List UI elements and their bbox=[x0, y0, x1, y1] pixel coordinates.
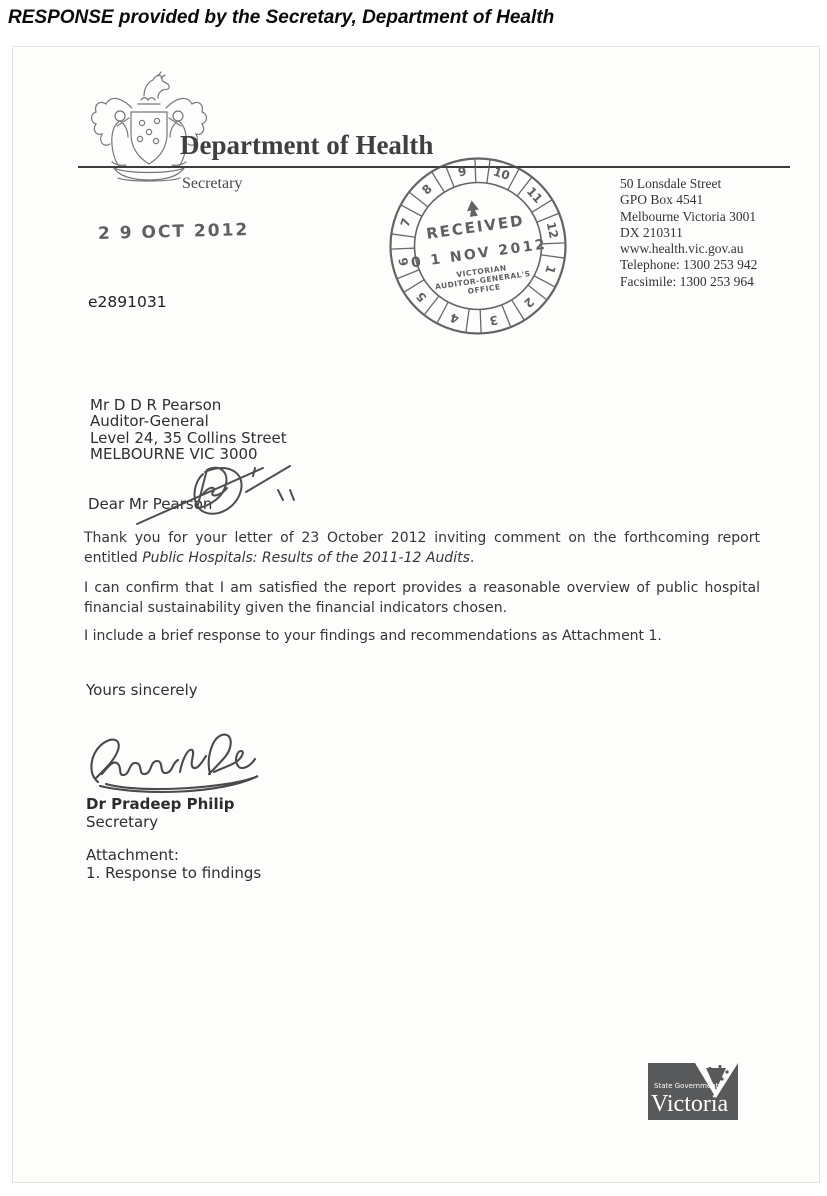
svg-text:5: 5 bbox=[414, 289, 430, 305]
svg-text:4: 4 bbox=[448, 310, 460, 326]
stamp-pointer-icon bbox=[466, 200, 480, 218]
logo-small-text: State Government bbox=[654, 1082, 719, 1090]
address-line: www.health.vic.gov.au bbox=[620, 241, 757, 257]
body-paragraph-2: I can confirm that I am satisfied the re… bbox=[84, 578, 760, 618]
letterhead-address-block: 50 Lonsdale Street GPO Box 4541 Melbourn… bbox=[620, 176, 757, 290]
svg-text:7: 7 bbox=[398, 216, 414, 228]
letterhead-role-title: Secretary bbox=[182, 175, 242, 193]
body-paragraph-3: I include a brief response to your findi… bbox=[84, 626, 760, 646]
recipient-line: Level 24, 35 Collins Street bbox=[90, 430, 287, 446]
svg-text:3: 3 bbox=[488, 313, 499, 328]
signatory-title: Secretary bbox=[86, 813, 158, 831]
address-line: 50 Lonsdale Street bbox=[620, 176, 757, 192]
handwritten-annotation bbox=[85, 458, 315, 533]
svg-text:1: 1 bbox=[542, 263, 558, 275]
stamp-received-label: RECEIVED bbox=[425, 211, 525, 243]
signature bbox=[82, 716, 282, 800]
svg-text:2: 2 bbox=[521, 295, 537, 311]
address-line: Melbourne Victoria 3001 bbox=[620, 209, 757, 225]
closing: Yours sincerely bbox=[86, 681, 198, 699]
address-line: Telephone: 1300 253 942 bbox=[620, 257, 757, 273]
svg-text:8: 8 bbox=[419, 182, 435, 198]
signatory-name: Dr Pradeep Philip bbox=[86, 795, 234, 813]
received-stamp-icon: 123456789101112 RECEIVED 0 1 NOV 2012 VI… bbox=[389, 157, 567, 335]
victoria-government-logo: State Government Victoria bbox=[648, 1063, 738, 1120]
logo-large-text: Victoria bbox=[651, 1091, 729, 1117]
address-line: Facsimile: 1300 253 964 bbox=[620, 274, 757, 290]
paragraph-text: . bbox=[470, 550, 474, 566]
attachment-item: 1. Response to findings bbox=[86, 864, 261, 882]
reference-number: e2891031 bbox=[88, 293, 167, 311]
recipient-line: Mr D D R Pearson bbox=[90, 397, 287, 413]
recipient-address-block: Mr D D R Pearson Auditor-General Level 2… bbox=[90, 397, 287, 462]
page-title: RESPONSE provided by the Secretary, Depa… bbox=[8, 7, 554, 29]
attachment-label: Attachment: bbox=[86, 846, 179, 864]
svg-text:9: 9 bbox=[457, 164, 468, 179]
date-received-stamp: 2 9 OCT 2012 bbox=[98, 220, 250, 244]
svg-text:10: 10 bbox=[491, 164, 511, 182]
address-line: DX 210311 bbox=[620, 225, 757, 241]
body-paragraph-1: Thank you for your letter of 23 October … bbox=[84, 528, 760, 568]
report-title: Public Hospitals: Results of the 2011-12… bbox=[142, 550, 470, 566]
svg-text:6: 6 bbox=[396, 256, 411, 267]
svg-text:12: 12 bbox=[544, 221, 561, 240]
address-line: GPO Box 4541 bbox=[620, 192, 757, 208]
recipient-line: Auditor-General bbox=[90, 413, 287, 429]
